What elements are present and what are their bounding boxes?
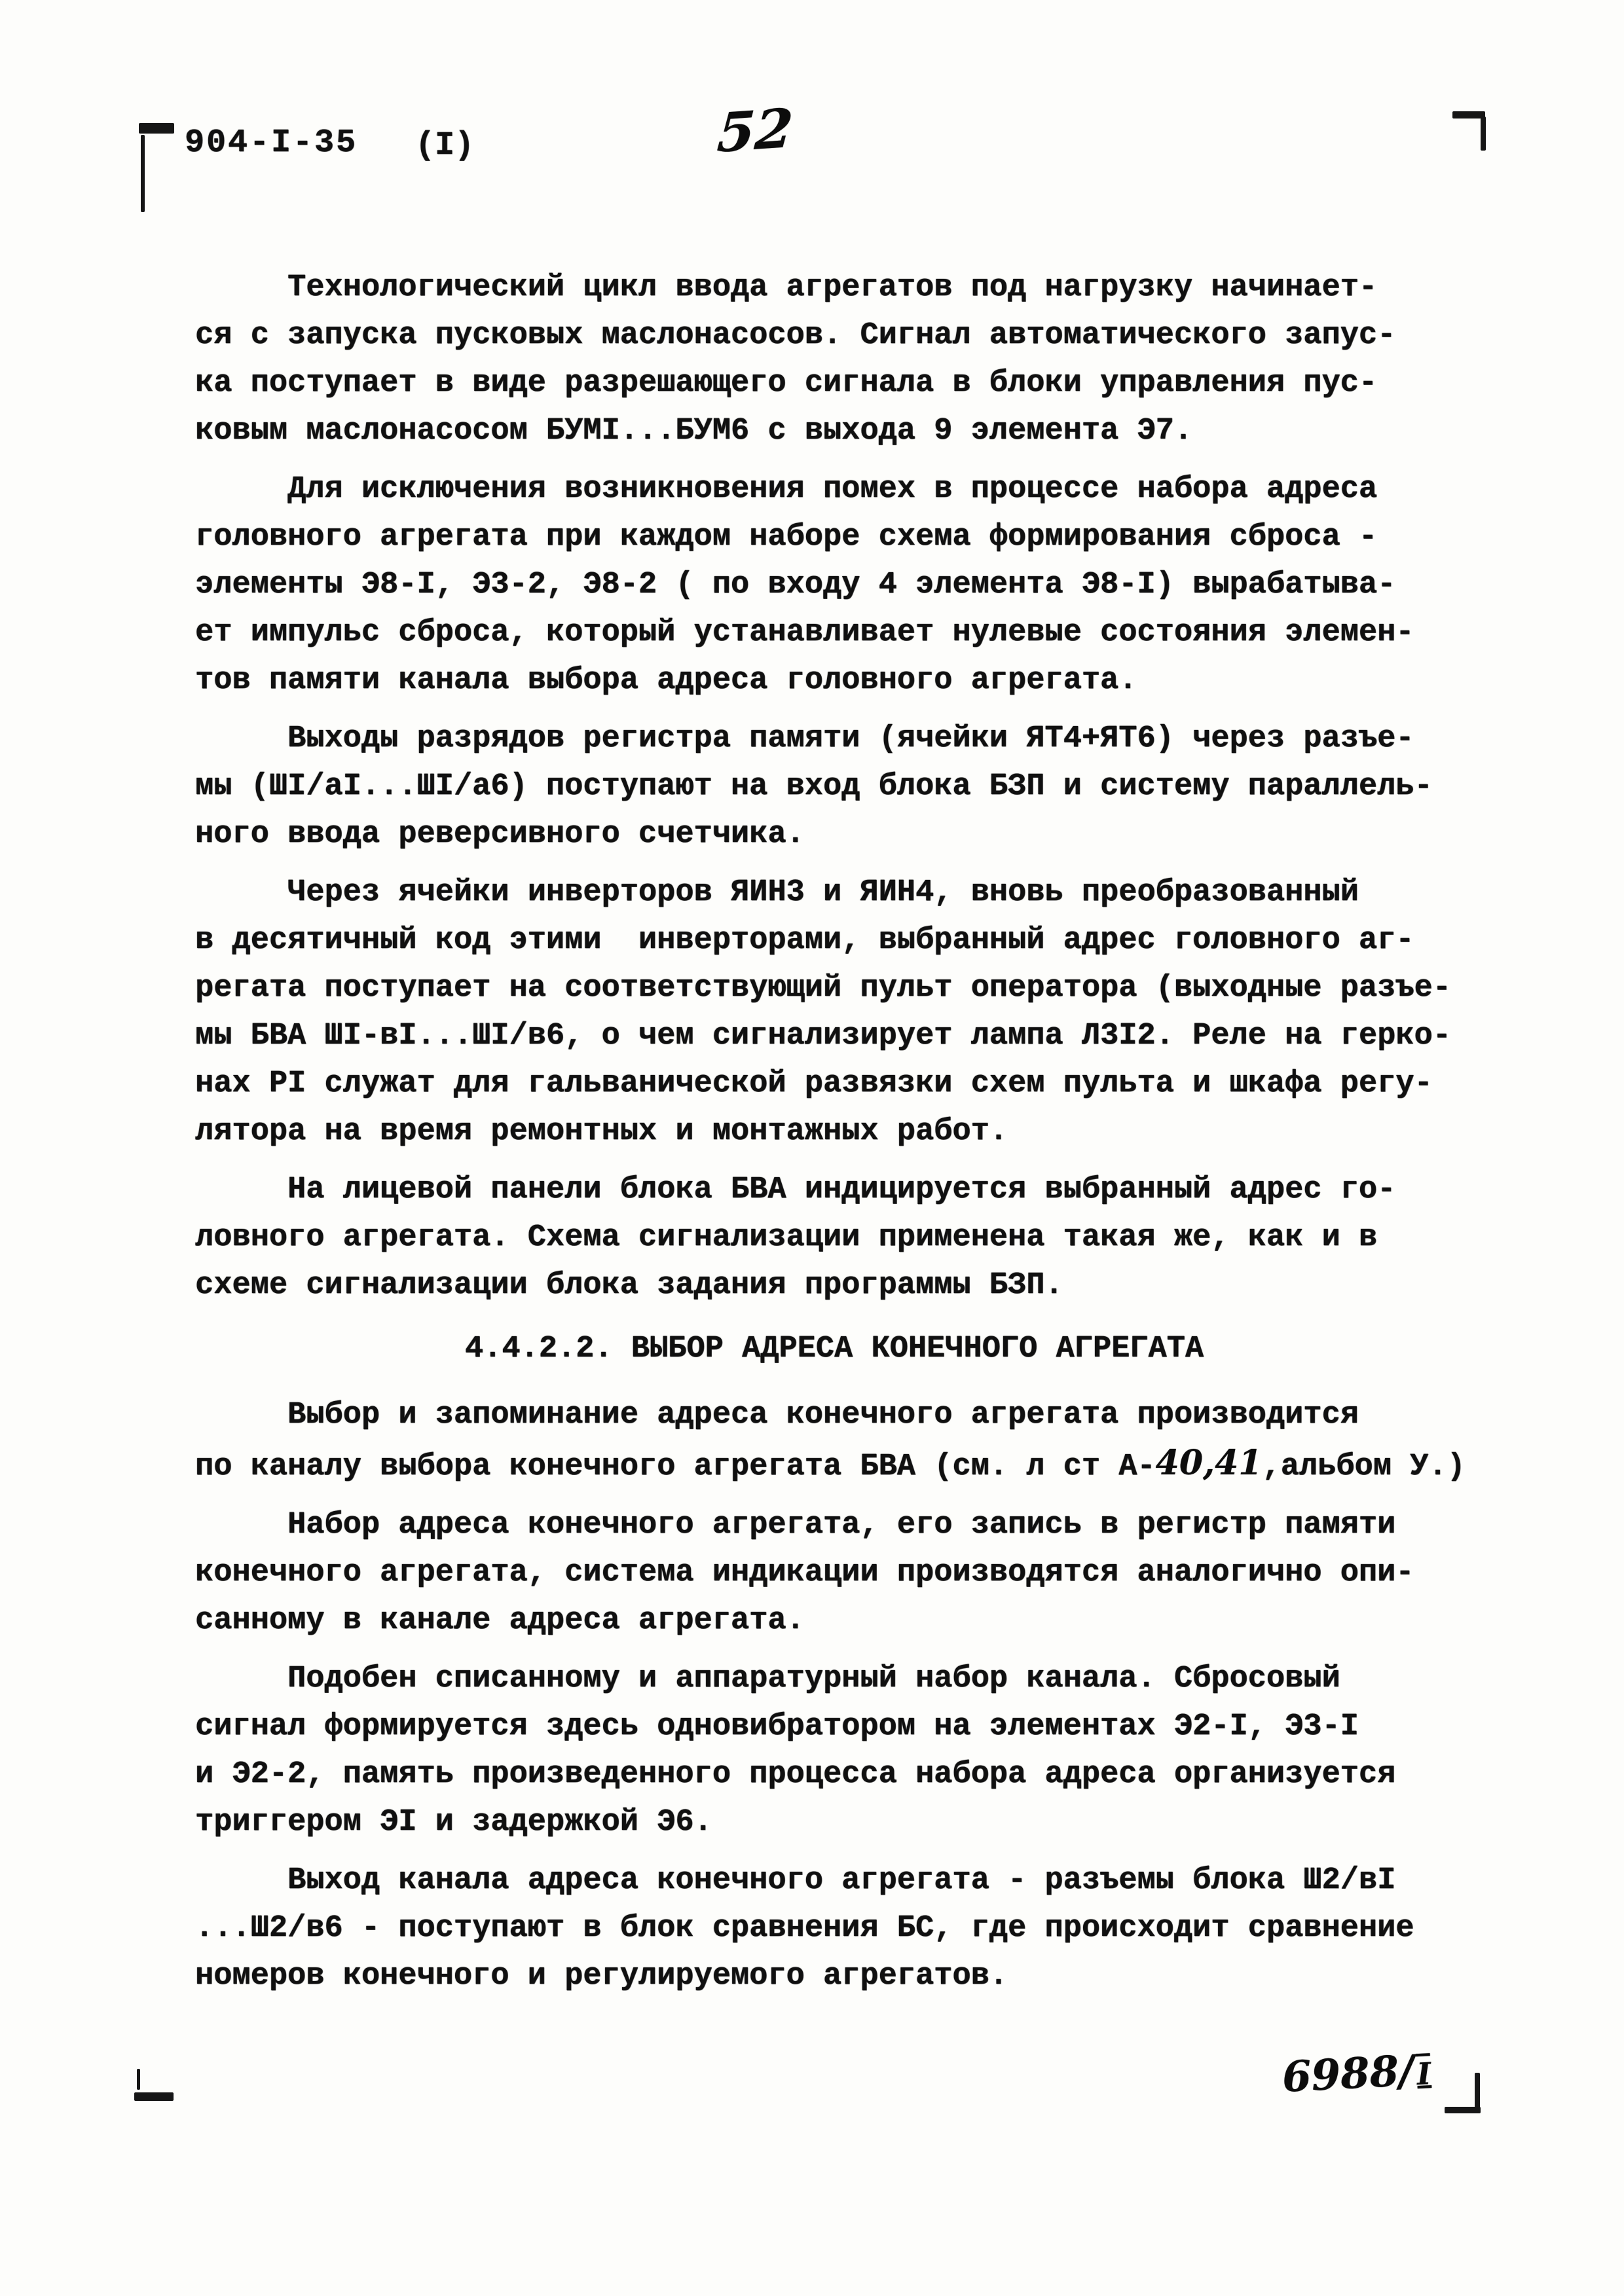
paragraph-9: Выход канала адреса конечного агрегата -… bbox=[195, 1857, 1473, 2000]
paragraph-6-line1: Выбор и запоминание адреса конечного агр… bbox=[195, 1398, 1359, 1432]
corner-mark-bottom-left-vertical bbox=[137, 2069, 140, 2090]
corner-mark-top-right-vertical bbox=[1481, 117, 1486, 151]
archive-code-number: 6988/ bbox=[1281, 2046, 1415, 2102]
paragraph-6-line2-end: ,альбом У.) bbox=[1262, 1449, 1465, 1484]
document-text-block: Технологический цикл ввода агрегатов под… bbox=[195, 264, 1473, 2011]
corner-mark-top-left-vertical bbox=[141, 135, 145, 212]
paragraph-7: Набор адреса конечного агрегата, его зап… bbox=[195, 1501, 1473, 1645]
paragraph-2: Для исключения возникновения помех в про… bbox=[195, 465, 1473, 704]
document-number: 904-I-35 bbox=[185, 124, 358, 162]
corner-mark-bottom-right-horizontal bbox=[1445, 2107, 1481, 2113]
handwritten-page-number: 52 bbox=[715, 97, 795, 165]
paragraph-6-line2: по каналу выбора конечного агрегата БВА … bbox=[195, 1449, 1156, 1484]
archive-code: 6988/I bbox=[1281, 2045, 1432, 2102]
paragraph-8: Подобен списанному и аппаратурный набор … bbox=[195, 1655, 1473, 1846]
document-part-label: (I) bbox=[415, 127, 474, 164]
handwritten-sheet-numbers: 40,41 bbox=[1156, 1443, 1263, 1483]
paragraph-4: Через ячейки инверторов ЯИН3 и ЯИН4, вно… bbox=[195, 869, 1473, 1156]
paragraph-5: На лицевой панели блока БВА индицируется… bbox=[195, 1166, 1473, 1309]
paragraph-1: Технологический цикл ввода агрегатов под… bbox=[195, 264, 1473, 455]
paragraph-3: Выходы разрядов регистра памяти (ячейки … bbox=[195, 715, 1473, 858]
corner-mark-bottom-left-horizontal bbox=[134, 2092, 174, 2101]
paragraph-6: Выбор и запоминание адреса конечного агр… bbox=[195, 1391, 1473, 1491]
corner-mark-top-left-horizontal bbox=[139, 123, 174, 134]
section-heading: 4.4.2.2. ВЫБОР АДРЕСА КОНЕЧНОГО АГРЕГАТА bbox=[195, 1325, 1473, 1373]
archive-code-suffix: I bbox=[1416, 2056, 1431, 2092]
scanned-document-page: 904-I-35 (I) 52 Технологический цикл вво… bbox=[0, 0, 1624, 2296]
corner-mark-bottom-right-vertical bbox=[1475, 2073, 1480, 2111]
